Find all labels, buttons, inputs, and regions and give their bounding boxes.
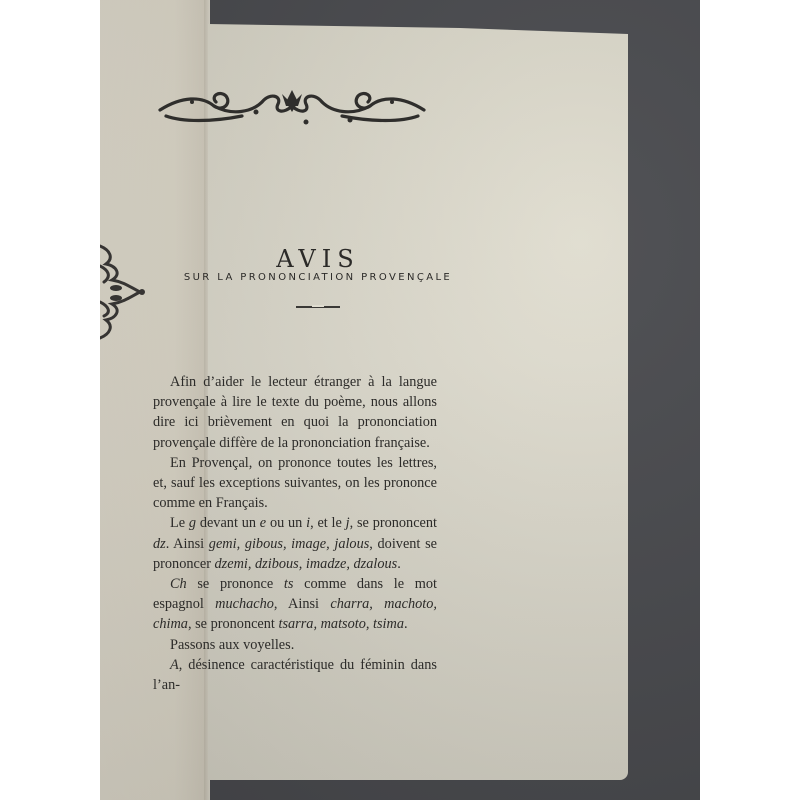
- body-text: Afin d’aider le lecteur étranger à la la…: [153, 372, 437, 695]
- paragraph: Passons aux voyelles.: [153, 635, 437, 655]
- page-subtitle: SUR LA PRONONCIATION PROVENÇALE: [108, 272, 528, 283]
- paragraph: Afin d’aider le lecteur étranger à la la…: [153, 372, 437, 453]
- page-title: AVIS: [108, 245, 528, 273]
- fleuron-headpiece-icon: [152, 82, 432, 126]
- paragraph: Ch se prononce ts comme dans le mot espa…: [153, 574, 437, 635]
- paragraph: Le g devant un e ou un i, et le j, se pr…: [153, 513, 437, 574]
- title-rule: [296, 306, 340, 308]
- paragraph: En Provençal, on prononce toutes les let…: [153, 453, 437, 514]
- paragraph: A, désinence caractéristique du féminin …: [153, 655, 437, 695]
